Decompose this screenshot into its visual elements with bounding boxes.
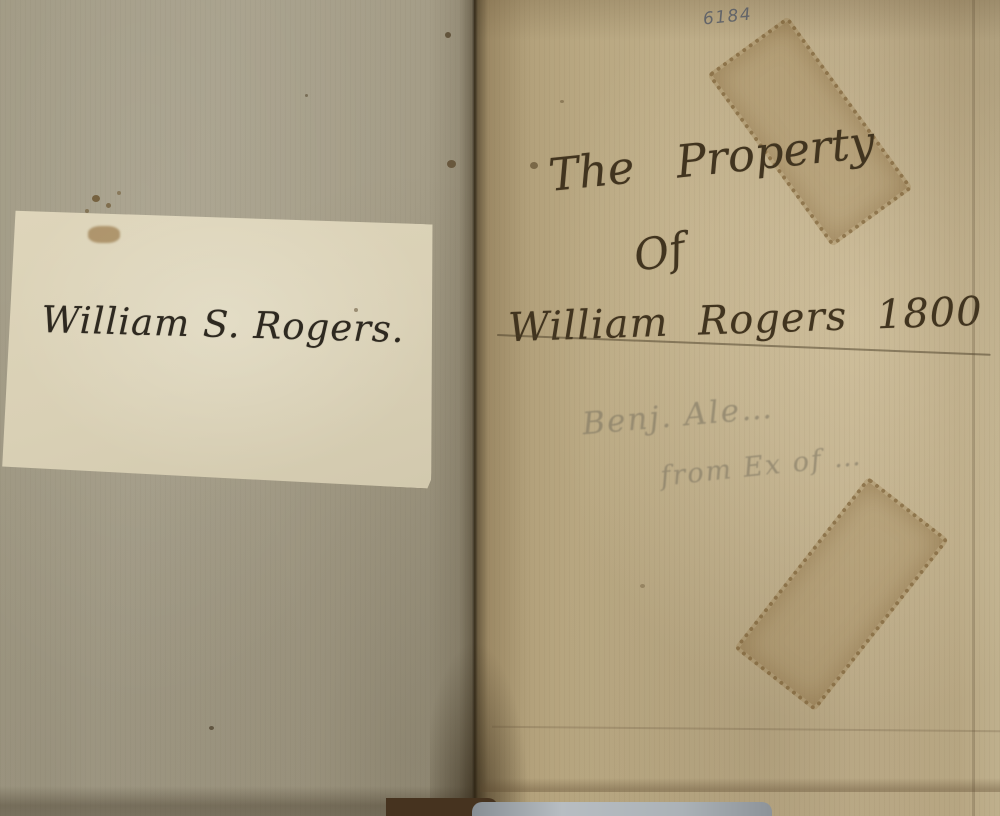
stain-dot xyxy=(560,100,564,103)
stain-dot xyxy=(354,308,358,312)
stain-dot xyxy=(85,209,89,213)
right-page-bottom-edge xyxy=(480,778,1000,792)
inscription-line-2: Of xyxy=(630,224,689,282)
right-page-vertical-crease xyxy=(972,0,975,816)
stain-dot xyxy=(305,94,308,97)
bookplate-owner-name: William S. Rogers. xyxy=(8,297,439,352)
stain-dot xyxy=(209,726,214,730)
stain-dot xyxy=(447,160,456,168)
stain-smear-on-bookplate xyxy=(88,226,120,243)
stain-dot xyxy=(92,195,100,202)
stain-dot xyxy=(117,191,121,195)
stain-dot xyxy=(106,203,111,208)
stain-dot xyxy=(530,162,538,169)
bookplate-label: William S. Rogers. xyxy=(1,205,443,488)
stain-dot xyxy=(640,584,645,588)
table-surface xyxy=(472,802,772,816)
book-open-photo: William S. Rogers. 6184 The Property Of … xyxy=(0,0,1000,816)
stain-dot xyxy=(445,32,451,38)
